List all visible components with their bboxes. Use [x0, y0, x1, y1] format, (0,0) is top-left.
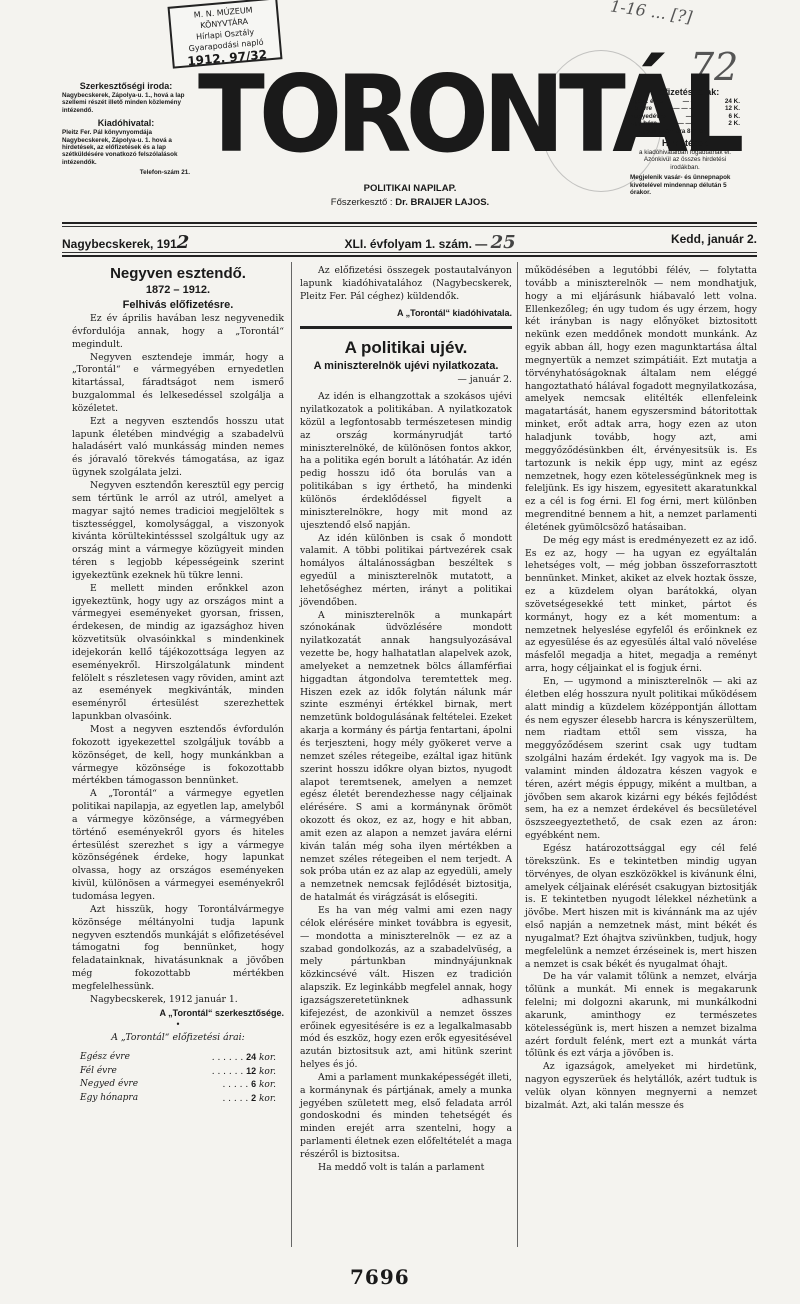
article-subtitle: A miniszterelnök ujévi nyilatkozata.	[300, 359, 512, 374]
dateline-day: Kedd, január 2.	[671, 232, 757, 253]
editor-label: Főszerkesztő :	[331, 197, 393, 208]
paragraph: De még egy mást is eredményezett ez az i…	[525, 535, 757, 676]
paragraph: működésében a legutóbbi félév, — folytat…	[525, 265, 757, 535]
article-separator	[300, 326, 512, 329]
editor-in-chief: Főszerkesztő : Dr. BRAIJER LAJOS.	[200, 197, 620, 208]
paragraph: Negyven esztendeje immár, hogy a „Toront…	[72, 352, 284, 416]
prices-title: A „Torontál“ előfizetési árai:	[72, 1032, 284, 1045]
price-row: Egész évre— — —24 K.	[630, 98, 740, 105]
header-rule-bottom	[62, 255, 757, 257]
column-divider	[291, 262, 292, 1247]
header-rule-bottom-thin	[62, 252, 757, 253]
subscription-box: Előfizetési árak: Egész évre— — —24 K. F…	[630, 86, 740, 196]
single-copy-price: — Egyes szám ára 8 fillér.	[630, 128, 740, 135]
paragraph: De ha vár valamit tőlünk a nemzet, elvár…	[525, 971, 757, 1061]
article-date: — január 2.	[300, 374, 512, 387]
publisher-office-title: Kiadóhivatal:	[62, 117, 190, 129]
header-rule-top	[62, 222, 757, 224]
archive-page-number: 7696	[350, 1265, 410, 1289]
article-title: A politikai ujév.	[300, 337, 512, 359]
paragraph: Negyven esztendőn keresztül egy percig s…	[72, 480, 284, 583]
article-title: Negyven esztendő.	[72, 265, 284, 283]
paragraph: E mellett minden erőnkkel azon igyekeztü…	[72, 583, 284, 724]
paragraph: Az idén különben is csak ő mondott valam…	[300, 533, 512, 610]
price-row: Fél évre. . . . . . 12 kor.	[80, 1065, 276, 1079]
paragraph: Ez év április havában lesz negyvenedik é…	[72, 313, 284, 352]
ads-title: Hirdetések	[630, 137, 740, 149]
subscription-title: Előfizetési árak:	[630, 86, 740, 98]
price-row: Félévre— — — —12 K.	[630, 105, 740, 112]
article-subtitle: Felhivás előfizetésre.	[72, 298, 284, 313]
masthead-title: TORONTÁL	[198, 72, 623, 158]
paragraph: A „Torontál“ a vármegye egyetlen politik…	[72, 788, 284, 904]
article-years: 1872 – 1912.	[72, 283, 284, 298]
price-row: Negyedévre— — —6 K.	[630, 113, 740, 120]
payment-note: Az előfizetési összegek postautalványon …	[300, 265, 512, 304]
column-2: Az előfizetési összegek postautalványon …	[300, 265, 512, 1175]
price-row: Egy hónapra. . . . . 2 kor.	[80, 1092, 276, 1106]
paragraph: En, — ugymond a miniszterelnök — aki az …	[525, 676, 757, 843]
publisher-signature: A „Torontál“ kiadóhivatala.	[300, 307, 512, 320]
paragraph: Az idén is elhangzottak a szokásos ujévi…	[300, 391, 512, 532]
editorial-office-box: Szerkesztőségi iroda: Nagybecskerek, Záp…	[62, 80, 190, 177]
article-signature: A „Torontál“ szerkesztősége.	[72, 1007, 284, 1020]
editorial-office-title: Szerkesztőségi iroda:	[62, 80, 190, 92]
bullet-separator: •	[72, 1019, 284, 1032]
handwritten-note-top: 1-16 ... [?]	[609, 0, 693, 27]
phone-number: Telefon-szám 21.	[62, 169, 190, 176]
ads-text: a kiadóhivatalban fogadtatnak el. Azonki…	[630, 149, 740, 171]
paragraph: Egész határozottsággal egy cél felé töre…	[525, 843, 757, 971]
column-divider	[517, 262, 518, 1247]
article-negyven-esztendo: Negyven esztendő. 1872 – 1912. Felhivás …	[72, 265, 284, 1105]
prices-table: Egész évre. . . . . . 24 kor. Fél évre. …	[80, 1051, 276, 1105]
paragraph: Az igazságok, amelyeket mi hirdetünk, na…	[525, 1061, 757, 1112]
price-row: Egy hóra— — — —2 K.	[630, 120, 740, 127]
paragraph: Ami a parlament munkaképességét illeti, …	[300, 1072, 512, 1162]
paragraph: Most a negyven esztendős évfordulón foko…	[72, 724, 284, 788]
column-3: működésében a legutóbbi félév, — folytat…	[525, 265, 757, 1113]
header-rule-top-thin	[62, 226, 757, 227]
paragraph: A miniszterelnök a munkapárt szónokának …	[300, 610, 512, 905]
masthead-subtitle: POLITIKAI NAPILAP.	[200, 183, 620, 194]
publisher-office-text: Pleitz Fer. Pál könyvnyomdája Nagybecske…	[62, 129, 190, 166]
publication-schedule: Megjelenik vasár- és ünnepnapok kivételé…	[630, 174, 740, 196]
paragraph: Azt hisszük, hogy Torontálvármegye közön…	[72, 904, 284, 994]
price-row: Egész évre. . . . . . 24 kor.	[80, 1051, 276, 1065]
paragraph: Es ha van még valmi ami ezen nagy célok …	[300, 905, 512, 1072]
price-row: Negyed évre. . . . . 6 kor.	[80, 1078, 276, 1092]
dateline-place: Nagybecskerek, 1912	[62, 232, 189, 253]
paragraph: Ha meddő volt is talán a parlament	[300, 1162, 512, 1175]
editor-name: Dr. BRAIJER LAJOS.	[395, 197, 489, 208]
dateline-volume: XLI. évfolyam 1. szám. — 25	[345, 232, 516, 253]
dateline-signoff: Nagybecskerek, 1912 január 1.	[72, 994, 284, 1007]
editorial-office-text: Nagybecskerek, Zápolya-u. 1., hová a lap…	[62, 92, 190, 114]
paragraph: Ezt a negyven esztendős hosszu utat lapu…	[72, 416, 284, 480]
dateline: Nagybecskerek, 1912 XLI. évfolyam 1. szá…	[62, 232, 757, 253]
